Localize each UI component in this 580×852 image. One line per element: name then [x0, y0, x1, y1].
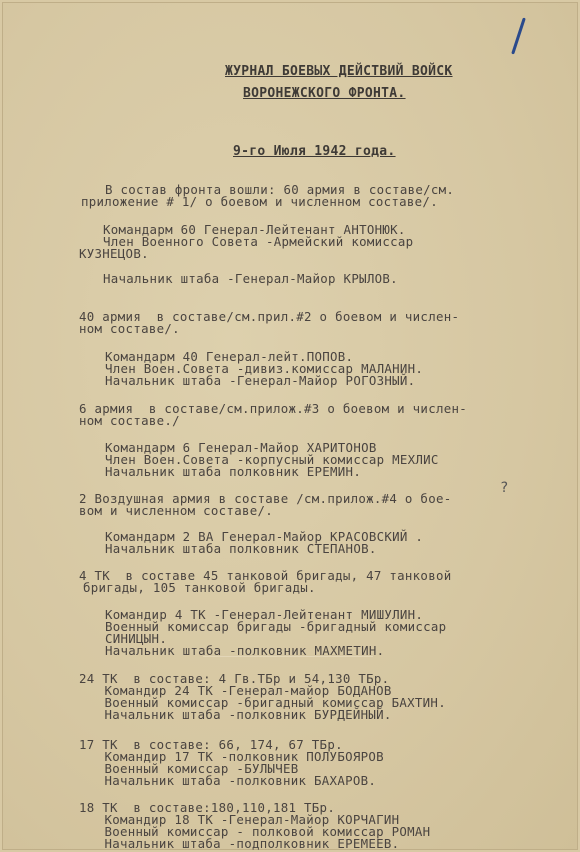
army6-line: Начальник штаба полковник ЕРЕМИН.	[105, 465, 361, 478]
air2-line: Начальник штаба полковник СТЕПАНОВ.	[105, 542, 377, 555]
army40-line: Начальник штаба -Генерал-Майор РОГОЗНЫЙ.	[105, 374, 415, 387]
doc-title-line2: ВОРОНЕЖСКОГО ФРОНТА.	[243, 87, 406, 100]
document-page: ЖУРНАЛ БОЕВЫХ ДЕЙСТВИЙ ВОЙСК ВОРОНЕЖСКОГ…	[2, 2, 578, 850]
army6-header: ном составе./	[79, 414, 180, 427]
army60-line: Начальник штаба -Генерал-Майор КРЫЛОВ.	[103, 272, 398, 285]
paper-tear	[203, 656, 373, 665]
margin-question-mark: ?	[500, 480, 508, 496]
air2-header: вом и численном составе/.	[79, 504, 273, 517]
tk17-line: Начальник штаба -полковник БАХАРОВ.	[89, 774, 376, 787]
doc-date: 9-го Июля 1942 года.	[233, 145, 396, 158]
army60-line: КУЗНЕЦОВ.	[79, 247, 149, 260]
army60-line: Член Военного Совета -Армейский комиссар	[103, 235, 413, 248]
intro-line: приложение # 1/ о боевом и численном сос…	[81, 195, 438, 208]
tk4-header: бригады, 105 танковой бригады.	[83, 581, 316, 594]
doc-title-line1: ЖУРНАЛ БОЕВЫХ ДЕЙСТВИЙ ВОЙСК	[225, 65, 453, 78]
army40-header: ном составе/.	[79, 322, 180, 335]
pen-mark	[511, 17, 526, 54]
tk24-line: Начальник штаба -полковник БУРДЕЙНЫЙ.	[89, 708, 392, 721]
tk18-line: Начальник штаба -подполковник ЕРЕМЕЕВ.	[89, 837, 399, 850]
